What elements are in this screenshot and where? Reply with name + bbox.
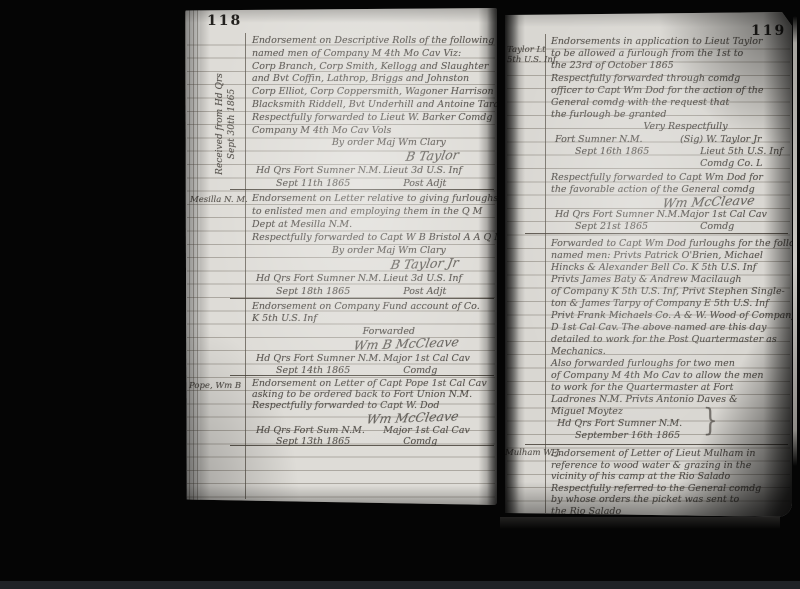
handwritten-line: to work for the Quartermaster at Fort <box>551 382 787 394</box>
margin-note: Taylor Lt 5th U.S. Inf <box>507 45 556 65</box>
dateline-row: Comdg Co. L <box>551 158 787 170</box>
rank-line: Post Adjt <box>403 285 492 298</box>
handwritten-line: asking to be ordered back to Fort Union … <box>252 389 492 400</box>
handwritten-line: Endorsement on Letter relative to giving… <box>252 192 492 205</box>
handwritten-line: and Bvt Coffin, Lathrop, Briggs and John… <box>252 73 492 86</box>
handwritten-line: Endorsements in application to Lieut Tay… <box>551 36 787 48</box>
blank-cell <box>551 158 700 170</box>
margin-note-line: Received from Hd Qrs <box>214 49 226 199</box>
handwritten-line: Corp Elliot, Corp Coppersmith, Wagoner H… <box>252 86 492 99</box>
handwritten-line: Endorsement on Descriptive Rolls of the … <box>252 35 492 48</box>
handwritten-line: reference to wood water & grazing in the <box>551 460 787 472</box>
margin-rule <box>545 34 546 513</box>
handwritten-line: Endorsement on Letter of Capt Pope 1st C… <box>252 378 492 389</box>
rank-line: Comdg Co. L <box>700 158 787 170</box>
ledger-entry: Endorsement on Company Fund account of C… <box>252 301 492 377</box>
handwritten-line: named men of Company M 4th Mo Cav Viz: <box>252 48 492 61</box>
rank-line: Major 1st Cal Cav <box>680 209 787 221</box>
ledger-entry: Endorsement on Letter of Capt Pope 1st C… <box>252 378 492 447</box>
dateline-row: Sept 18th 1865 Post Adjt <box>252 285 492 298</box>
handwritten-line: to be allowed a furlough from the 1st to <box>551 48 787 60</box>
handwritten-line: Endorsement on Company Fund account of C… <box>252 301 492 313</box>
date-line: Sept 16th 1865 <box>551 146 700 158</box>
handwritten-line: Privts James Baty & Andrew Macilaugh <box>551 274 787 286</box>
dateline-row: Hd Qrs Fort Sumner N.M. Major 1st Cal Ca… <box>551 209 787 221</box>
handwritten-line: vicinity of his camp at the Rio Salado <box>551 471 787 483</box>
dateline-row: Hd Qrs Fort Sumner N.M. Lieut 3d U.S. In… <box>252 272 492 285</box>
margin-note: Mesilla N. M. <box>190 195 248 205</box>
signature: Wm McCleave <box>366 410 460 424</box>
handwritten-line: Company M 4th Mo Cav Vols <box>252 125 492 138</box>
entry-divider <box>230 298 494 299</box>
photo-bottom-strip <box>0 581 800 589</box>
handwritten-line: of Company K 5th U.S. Inf, Privt Stephen… <box>551 286 787 298</box>
signature: B Taylor <box>405 149 460 164</box>
right-page: 119 Taylor Lt 5th U.S. Inf Mulham W. J. … <box>505 12 792 517</box>
rank-line: Lieut 3d U.S. Inf <box>383 272 492 285</box>
entry-divider <box>230 375 494 376</box>
rank-line: Lieut 3d U.S. Inf <box>383 165 492 178</box>
handwritten-line: Forwarded to Capt Wm Dod furloughs for t… <box>551 238 787 250</box>
handwritten-line: the Rio Salado <box>551 506 787 517</box>
handwritten-line: General comdg with the request that <box>551 97 787 109</box>
handwritten-line: Dept at Mesilla N.M. <box>252 218 492 231</box>
headquarters-line: Hd Qrs Fort Sumner N.M. <box>252 353 383 365</box>
handwritten-line: Endorsement of Letter of Lieut Mulham in <box>551 448 787 460</box>
handwritten-line: Corp Branch, Corp Smith, Kellogg and Sla… <box>252 61 492 74</box>
handwritten-line: Respectfully forwarded to Capt W B Brist… <box>252 231 492 244</box>
rank-line: Major 1st Cal Cav <box>383 353 492 365</box>
handwritten-line: by whose orders the picket was sent to <box>551 494 787 506</box>
ledger-entry: Endorsement on Descriptive Rolls of the … <box>252 35 492 191</box>
handwritten-line: Privt Frank Michaels Co. A & W. Wood of … <box>551 310 787 322</box>
margin-note-line: Taylor Lt <box>507 45 556 55</box>
headquarters-line: Hd Qrs Fort Sumner N.M. <box>252 165 383 178</box>
entry-divider <box>525 233 788 234</box>
handwritten-line: K 5th U.S. Inf <box>252 313 492 325</box>
margin-note: Pope, Wm B <box>189 381 241 391</box>
headquarters-line: Hd Qrs Fort Sumner N.M. <box>551 418 787 430</box>
ledger-entry: Endorsement of Letter of Lieut Mulham in… <box>551 448 787 517</box>
page-edge-sliver <box>793 16 797 466</box>
dateline-row: Hd Qrs Fort Sum N.M. Major 1st Cal Cav <box>252 425 492 436</box>
dateline-row: Sept 16th 1865 Lieut 5th U.S. Inf <box>551 146 787 158</box>
left-page: 118 Received from Hd Qrs Sept 30th 1865 … <box>185 8 497 505</box>
dateline-row: Sept 21st 1865 Comdg <box>551 221 787 233</box>
handwritten-line: ton & James Tarpy of Company E 5th U.S. … <box>551 298 787 310</box>
dateline-row: Hd Qrs Fort Sumner N.M. Lieut 3d U.S. In… <box>252 165 492 178</box>
entry-divider <box>525 444 788 445</box>
ledger-entry: Forwarded to Capt Wm Dod furloughs for t… <box>551 238 787 442</box>
rank-line: Comdg <box>700 221 787 233</box>
handwritten-line: Respectfully forwarded through comdg <box>551 73 787 85</box>
ledger-entry: Respectfully forwarded to Capt Wm Dod fo… <box>551 172 787 233</box>
handwritten-line: Hincks & Alexander Bell Co. K 5th U.S. I… <box>551 262 787 274</box>
handwritten-line: Respectfully forwarded to Capt Wm Dod fo… <box>551 172 787 184</box>
entry-divider <box>230 445 494 446</box>
margin-note-line: 5th U.S. Inf <box>507 55 556 65</box>
handwritten-line: detailed to work for the Post Quartermas… <box>551 334 787 346</box>
dateline-block: Hd Qrs Fort Sumner N.M. September 16th 1… <box>551 418 787 442</box>
signature: Wm McCleave <box>661 194 755 209</box>
handwritten-line: Mechanics. <box>551 346 787 358</box>
rank-line: Lieut 5th U.S. Inf <box>700 146 787 158</box>
handwritten-line: D 1st Cal Cav. The above named are this … <box>551 322 787 334</box>
dateline-row: Hd Qrs Fort Sumner N.M. Major 1st Cal Ca… <box>252 353 492 365</box>
margin-note-line: Sept 30th 1865 <box>226 49 238 199</box>
signature: B Taylor Jr <box>390 256 460 271</box>
handwritten-line: Blacksmith Riddell, Bvt Underhill and An… <box>252 99 492 112</box>
date-line: Sept 18th 1865 <box>252 285 403 298</box>
handwritten-line: Ladrones N.M. Privts Antonio Daves & <box>551 394 787 406</box>
date-line: Sept 21st 1865 <box>551 221 700 233</box>
margin-note-rotated: Received from Hd Qrs Sept 30th 1865 <box>214 49 238 199</box>
handwritten-line: of Company M 4th Mo Cav to allow the men <box>551 370 787 382</box>
margin-rule <box>245 33 246 499</box>
handwritten-line: officer to Capt Wm Dod for the action of… <box>551 85 787 97</box>
handwritten-line: Also forwarded furloughs for two men <box>551 358 787 370</box>
handwritten-line: Miguel Moytez <box>551 406 787 418</box>
handwritten-line: Very Respectfully <box>551 121 787 133</box>
ledger-entry: Endorsements in application to Lieut Tay… <box>551 36 787 170</box>
handwritten-line: to enlisted men and employing them in th… <box>252 205 492 218</box>
rank-line: Major 1st Cal Cav <box>383 425 492 436</box>
date-line: September 16th 1865 <box>551 430 787 442</box>
page-number: 118 <box>207 13 242 29</box>
ledger-entry: Endorsement on Letter relative to giving… <box>252 192 492 298</box>
handwritten-line: the furlough be granted <box>551 109 787 121</box>
headquarters-line: Hd Qrs Fort Sum N.M. <box>252 425 383 436</box>
handwritten-line: named men: Privts Patrick O'Brien, Micha… <box>551 250 787 262</box>
dateline-row: Fort Sumner N.M. (Sig) W. Taylor Jr <box>551 134 787 146</box>
handwritten-line: Respectfully referred to the General com… <box>551 483 787 495</box>
signature-line: (Sig) W. Taylor Jr <box>680 134 787 146</box>
brace-glyph: } <box>703 413 718 429</box>
book-shadow <box>500 517 780 529</box>
headquarters-line: Fort Sumner N.M. <box>551 134 680 146</box>
signature: Wm B McCleave <box>352 336 459 352</box>
scanned-ledger-photo: 118 Received from Hd Qrs Sept 30th 1865 … <box>0 0 800 589</box>
entry-divider <box>230 189 494 190</box>
handwritten-line: Respectfully forwarded to Lieut W. Barke… <box>252 112 492 125</box>
handwritten-line: the 23rd of October 1865 <box>551 60 787 72</box>
headquarters-line: Hd Qrs Fort Sumner N.M. <box>551 209 680 221</box>
headquarters-line: Hd Qrs Fort Sumner N.M. <box>252 272 383 285</box>
